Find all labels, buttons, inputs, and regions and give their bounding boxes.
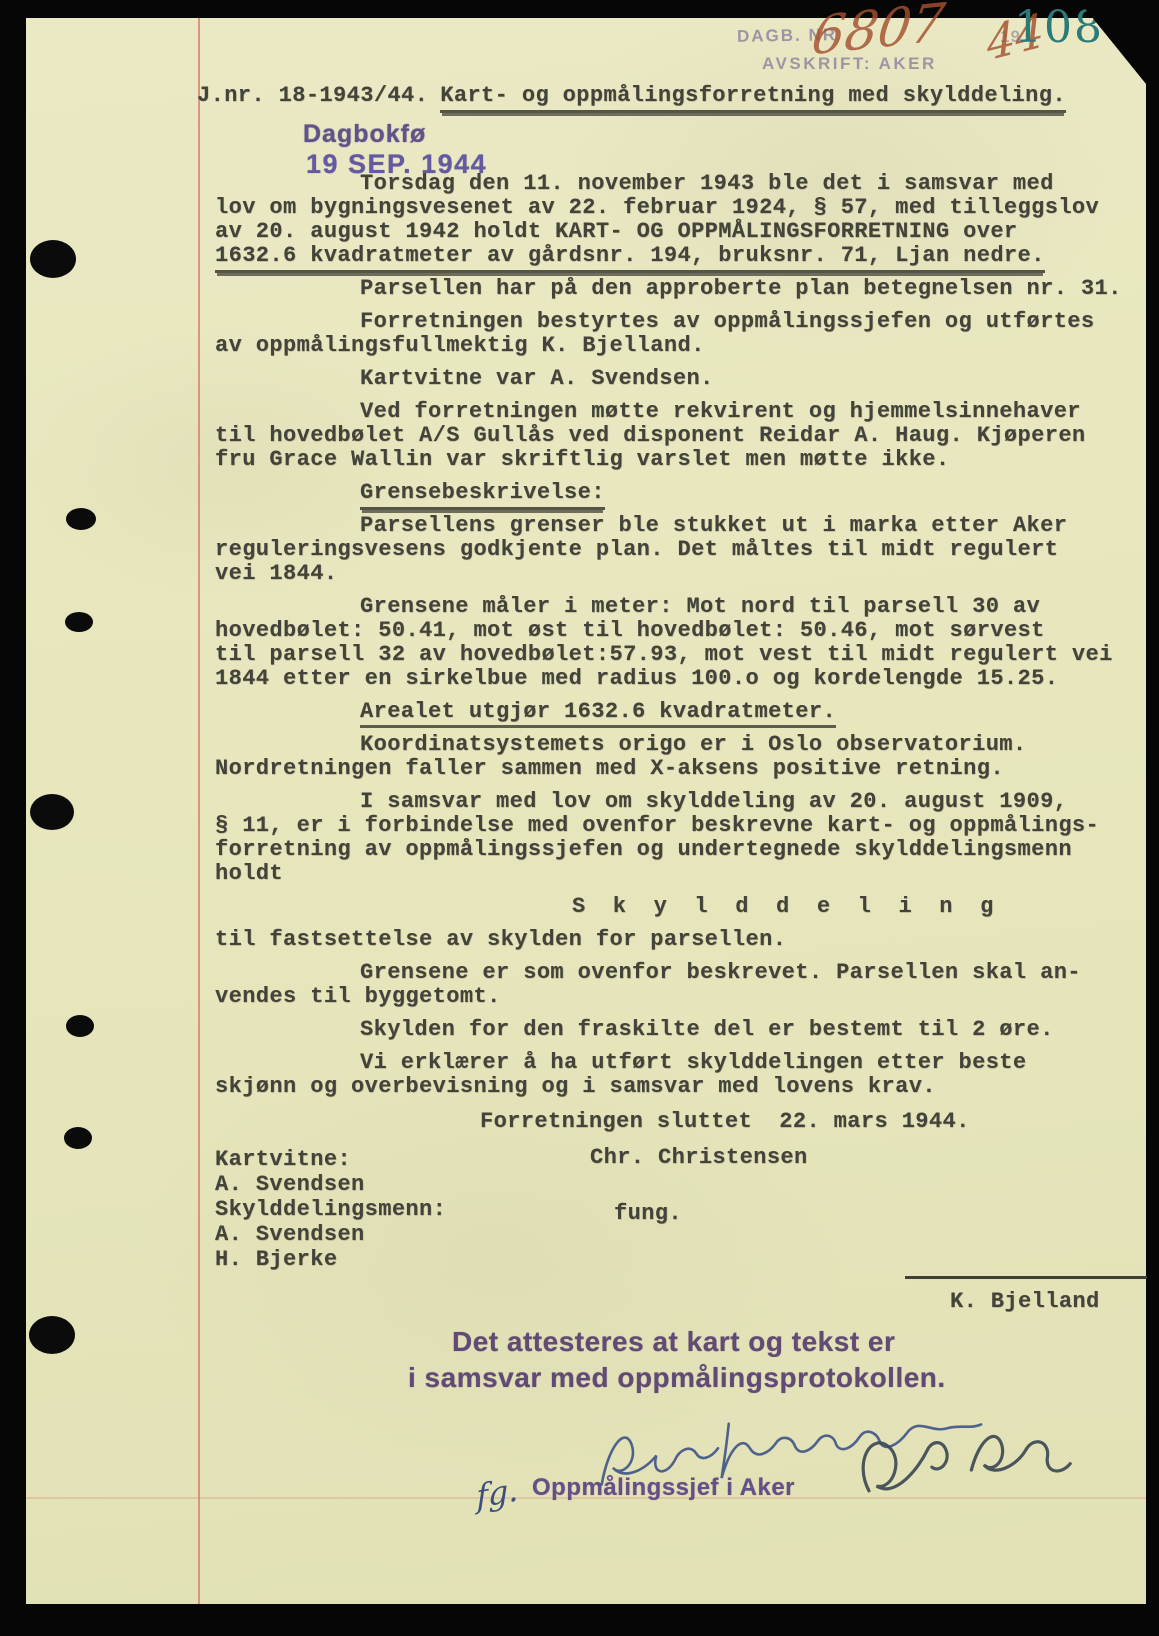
dagbok-stamp: Dagbokfø (303, 120, 426, 149)
text-line: vendes til byggetomt. (215, 985, 501, 1009)
text-line: hovedbølet: 50.41, mot øst til hovedbøle… (215, 619, 1045, 643)
text-line: 1632.6 kvadratmeter av gårdsnr. 194, bru… (215, 244, 1045, 273)
journal-header: J.nr. 18-1943/44.Kart- og oppmålingsforr… (197, 84, 1066, 108)
attestation-stamp-line1: Det attesteres at kart og tekst er (452, 1326, 895, 1358)
punch-hole (66, 508, 96, 530)
scanned-document-page: DAGB. NR 19 6807 44 AVSKRIFT: AKER 108 J… (0, 0, 1159, 1636)
punch-hole (66, 1015, 94, 1037)
text-line: forretning av oppmålingssjefen og undert… (215, 838, 1072, 862)
punch-hole (65, 612, 93, 632)
text-line: 1844 etter en sirkelbue med radius 100.o… (215, 667, 1058, 691)
text-line: vei 1844. (215, 562, 337, 586)
journal-number: J.nr. 18-1943/44. (197, 83, 428, 108)
punch-hole (64, 1127, 92, 1149)
text-line: I samsvar med lov om skylddeling av 20. … (360, 790, 1067, 814)
text-line: til parsell 32 av hovedbølet:57.93, mot … (215, 643, 1113, 667)
text-line: Skylden for den fraskilte del er bestemt… (360, 1018, 1054, 1042)
text-line: Torsdag den 11. november 1943 ble det i … (360, 172, 1054, 196)
text-line: Vi erklærer å ha utført skylddelingen et… (360, 1051, 1027, 1075)
text-line: A. Svendsen (215, 1173, 365, 1197)
text-line: fung. (614, 1202, 682, 1226)
text-line: Parsellens grenser ble stukket ut i mark… (360, 514, 1067, 538)
journal-title: Kart- og oppmålingsforretning med skyldd… (440, 83, 1066, 113)
attestation-stamp-line2: i samsvar med oppmålingsprotokollen. (408, 1362, 946, 1394)
text-line: til fastsettelse av skylden for parselle… (215, 928, 786, 952)
avskrift-aker-stamp: AVSKRIFT: AKER (762, 54, 937, 74)
text-line: § 11, er i forbindelse med ovenfor beskr… (215, 814, 1099, 838)
text-line: av oppmålingsfullmektig K. Bjelland. (215, 334, 705, 358)
text-line: Grensene måler i meter: Mot nord til par… (360, 595, 1040, 619)
text-line: Forretningen sluttet 22. mars 1944. (480, 1110, 970, 1134)
text-line: Forretningen bestyrtes av oppmålingssjef… (360, 310, 1095, 334)
text-line: H. Bjerke (215, 1248, 337, 1272)
margin-line-vertical (198, 18, 200, 1604)
fg-handwritten: fg. (476, 1470, 519, 1516)
text-line: Parsellen har på den approberte plan bet… (360, 277, 1122, 301)
text-line: Grensene er som ovenfor beskrevet. Parse… (360, 961, 1081, 985)
text-line: Ved forretningen møtte rekvirent og hjem… (360, 400, 1081, 424)
text-line: K. Bjelland (950, 1290, 1100, 1314)
office-title-stamp: Oppmålingssjef i Aker (532, 1474, 795, 1502)
text-line: lov om bygningsvesenet av 22. februar 19… (215, 196, 1099, 220)
text-line: Grensebeskrivelse: (360, 481, 605, 510)
text-line: S k y l d d e l i n g (572, 895, 994, 919)
text-line: reguleringsvesens godkjente plan. Det må… (215, 538, 1058, 562)
text-line: Koordinatsystemets origo er i Oslo obser… (360, 733, 1027, 757)
text-line: Kartvitne: (215, 1148, 351, 1172)
text-line: av 20. august 1942 holdt KART- OG OPPMÅL… (215, 220, 1018, 244)
text-line: skjønn og overbevisning og i samsvar med… (215, 1075, 936, 1099)
text-line: Arealet utgjør 1632.6 kvadratmeter. (360, 700, 836, 728)
signature-right-illegible (832, 1408, 1072, 1508)
text-line: til hovedbølet A/S Gullås ved disponent … (215, 424, 1086, 448)
signature-rule (905, 1276, 1147, 1279)
text-line: Kartvitne var A. Svendsen. (360, 367, 714, 391)
text-line: holdt (215, 862, 283, 886)
text-line: Skylddelingsmenn: (215, 1198, 446, 1222)
text-line: Nordretningen faller sammen med X-aksens… (215, 757, 1004, 781)
punch-hole (30, 240, 76, 278)
punch-hole (30, 794, 74, 830)
text-line: A. Svendsen (215, 1223, 365, 1247)
text-line: Chr. Christensen (590, 1146, 808, 1170)
punch-hole (29, 1316, 75, 1354)
text-line: fru Grace Wallin var skriftlig varslet m… (215, 448, 950, 472)
